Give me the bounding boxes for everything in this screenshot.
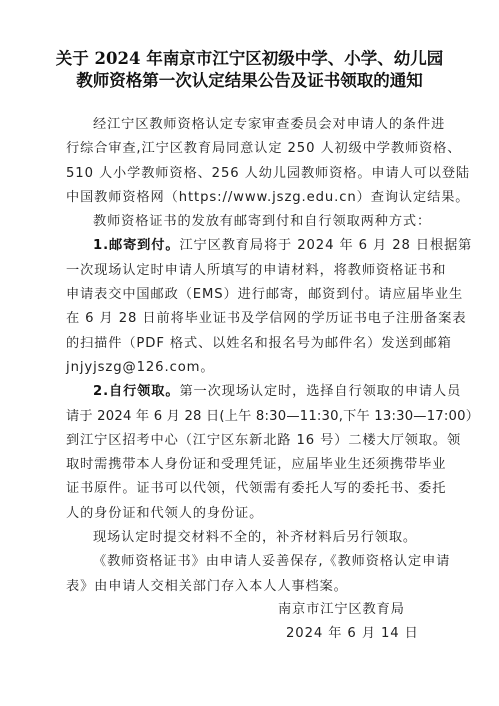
pickup-line: 证书原件。证书可以代领，代领需有委托人写的委托书、委托 (66, 477, 438, 501)
pickup-text: 第一次现场认定时，选择自行领取的申请人员 (179, 384, 461, 399)
notice-body: 经江宁区教师资格认定专家审查委员会对申请人的条件进 行综合审查,江宁区教育局同意… (66, 113, 438, 599)
notice-title-line-1: 关于 2024 年南京市江宁区初级中学、小学、幼儿园 (0, 45, 499, 69)
intro-line: 中国教师资格网（https://www.jszg.edu.cn）查询认定结果。 (66, 186, 438, 210)
pickup-line: 请于 2024 年 6 月 28 日(上午 8:30—11:30,下午 13:3… (66, 405, 438, 429)
incomplete-line: 现场认定时提交材料不全的，补齐材料后另行领取。 (66, 526, 438, 550)
pickup-line: 2.自行领取。第一次现场认定时，选择自行领取的申请人员 (66, 380, 438, 404)
intro-line: 行综合审查,江宁区教育局同意认定 250 人初级中学教师资格、 (66, 137, 438, 161)
signature-date: 2024 年 6 月 14 日 (286, 622, 419, 641)
mail-line: 在 6 月 28 日前将毕业证书及学信网的学历证书电子注册备案表 (66, 307, 438, 331)
mail-text: 江宁区教育局将于 2024 年 6 月 28 日根据第 (179, 238, 472, 253)
intro-line: 510 人小学教师资格、256 人幼儿园教师资格。申请人可以登陆 (66, 162, 438, 186)
notice-page: 关于 2024 年南京市江宁区初级中学、小学、幼儿园 教师资格第一次认定结果公告… (0, 0, 499, 706)
notice-title-line-2: 教师资格第一次认定结果公告及证书领取的通知 (0, 67, 499, 91)
mail-line: 一次现场认定时申请人所填写的申请材料，将教师资格证书和 (66, 259, 438, 283)
email-address: jnjyjszg@126.com。 (66, 356, 438, 380)
pickup-line: 取时需携带本人身份证和受理凭证，应届毕业生还须携带毕业 (66, 453, 438, 477)
mail-line: 申请表交中国邮政（EMS）进行邮寄，邮资到付。请应届毕业生 (66, 283, 438, 307)
intro-line: 经江宁区教师资格认定专家审查委员会对申请人的条件进 (66, 113, 438, 137)
signature-org: 南京市江宁区教育局 (278, 598, 405, 617)
mail-line: 1.邮寄到付。江宁区教育局将于 2024 年 6 月 28 日根据第 (66, 234, 438, 258)
pickup-line: 到江宁区招考中心（江宁区东新北路 16 号）二楼大厅领取。领 (66, 429, 438, 453)
mail-line: 的扫描件（PDF 格式、以姓名和报名号为邮件名）发送到邮箱 (66, 332, 438, 356)
methods-line: 教师资格证书的发放有邮寄到付和自行领取两种方式： (66, 210, 438, 234)
mail-heading: 1.邮寄到付。 (93, 238, 179, 253)
pickup-heading: 2.自行领取。 (93, 384, 179, 399)
pickup-line: 人的身份证和代领人的身份证。 (66, 502, 438, 526)
archive-line: 《教师资格证书》由申请人妥善保存,《教师资格认定申请 (66, 550, 438, 574)
archive-line: 表》由申请人交相关部门存入本人人事档案。 (66, 575, 438, 599)
